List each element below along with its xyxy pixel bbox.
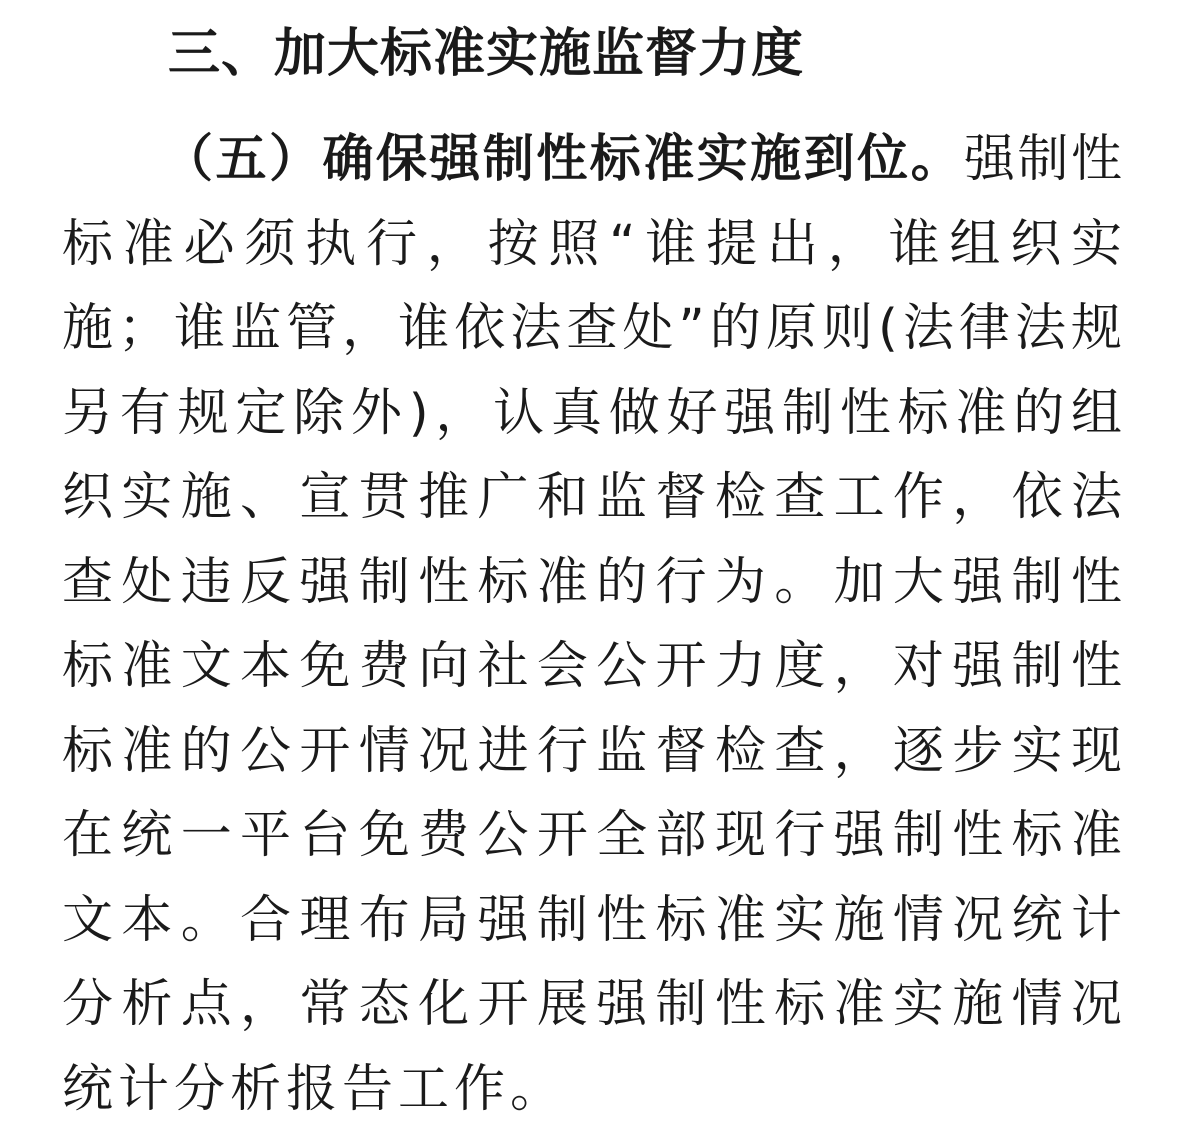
paragraph-line: 文本。合理布局强制性标准实施情况统计 xyxy=(62,879,1122,964)
paragraph-line: 施；谁监管，谁依法查处”的原则(法律法规 xyxy=(62,287,1122,372)
paragraph-line: 另有规定除外)，认真做好强制性标准的组 xyxy=(62,372,1122,457)
paragraph-line: 查处违反强制性标准的行为。加大强制性 xyxy=(62,541,1122,626)
paragraph-line: 在统一平台免费公开全部现行强制性标准 xyxy=(62,794,1122,879)
paragraph-line: 织实施、宣贯推广和监督检查工作，依法 xyxy=(62,456,1122,541)
paragraph-bold-lead: （五）确保强制性标准实施到位。 xyxy=(162,130,964,189)
paragraph-line: 分析点，常态化开展强制性标准实施情况 xyxy=(62,963,1122,1048)
paragraph-line: 统计分析报告工作。 xyxy=(62,1048,1122,1132)
paragraph-line: 标准必须执行，按照“谁提出，谁组织实 xyxy=(62,203,1122,288)
paragraph-line: 标准的公开情况进行监督检查，逐步实现 xyxy=(62,710,1122,795)
section-heading: 三、加大标准实施监督力度 xyxy=(168,18,804,90)
paragraph: （五）确保强制性标准实施到位。强制性 标准必须执行，按照“谁提出，谁组织实 施；… xyxy=(62,118,1122,1132)
paragraph-line: 标准文本免费向社会公开力度，对强制性 xyxy=(62,625,1122,710)
document-page: 三、加大标准实施监督力度 （五）确保强制性标准实施到位。强制性 标准必须执行，按… xyxy=(0,0,1179,1132)
paragraph-line-text: 强制性 xyxy=(964,130,1122,189)
paragraph-line: （五）确保强制性标准实施到位。强制性 xyxy=(62,118,1122,203)
